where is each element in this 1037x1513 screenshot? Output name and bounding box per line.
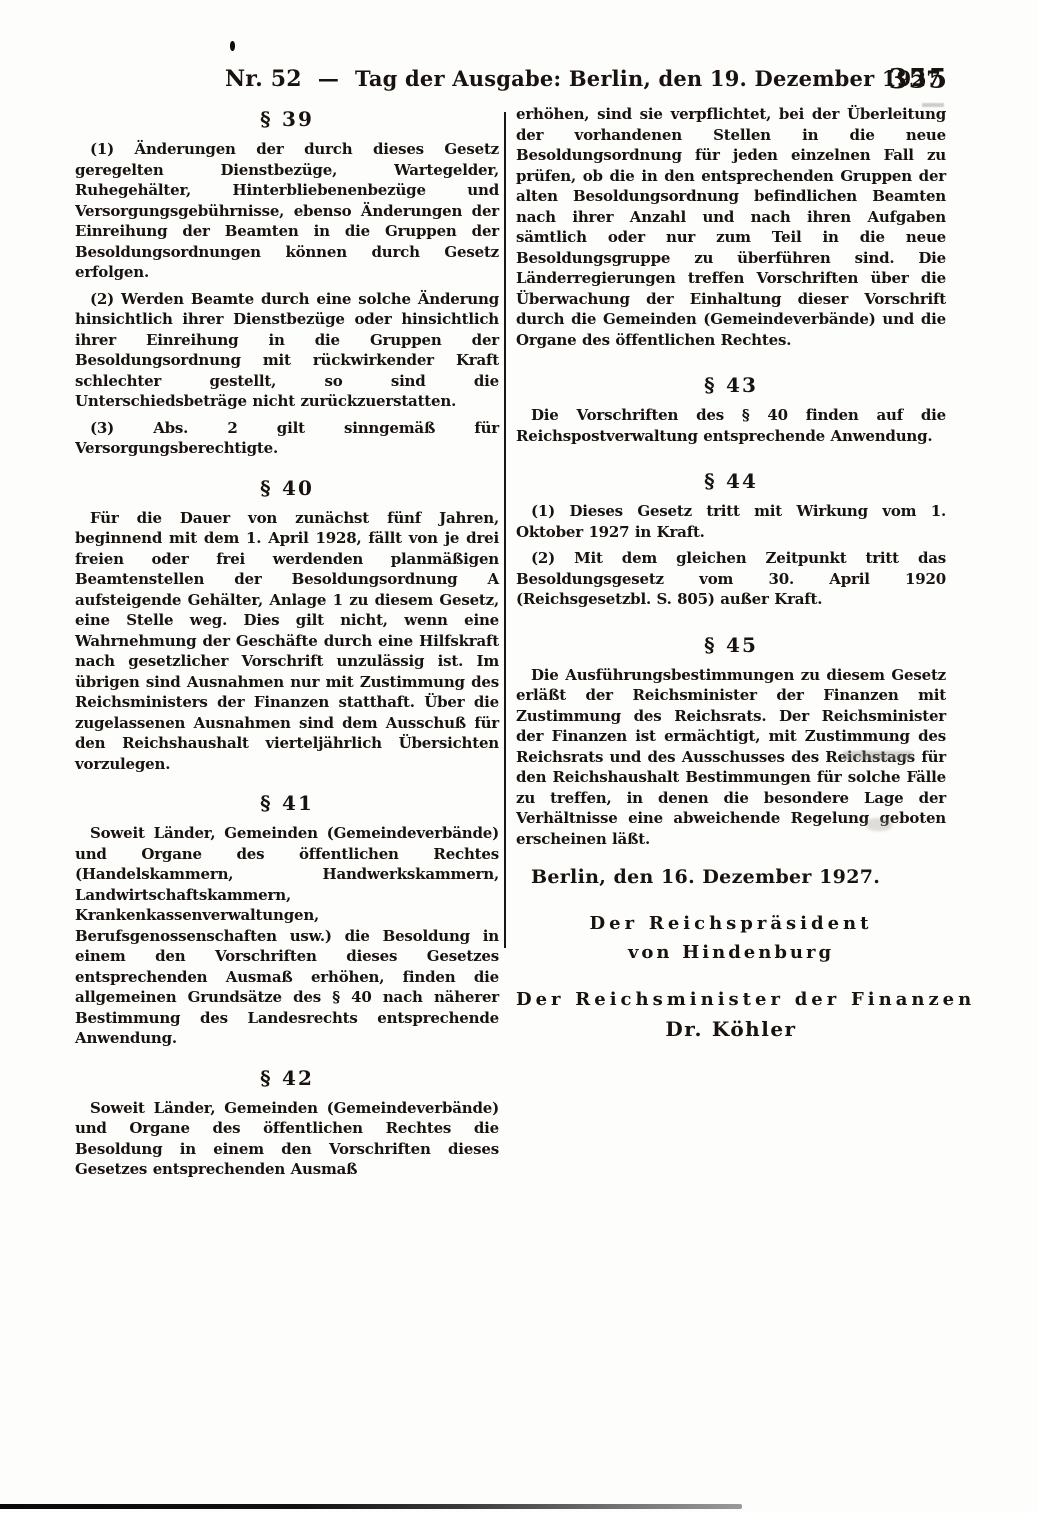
page-number: 355 <box>889 64 948 95</box>
page-header: Nr. 52 — Tag der Ausgabe: Berlin, den 19… <box>225 66 945 92</box>
paragraph-44-1: (1) Dieses Gesetz tritt mit Wirkung vom … <box>516 501 946 542</box>
paragraph-42-continuation: erhöhen, sind sie verpflichtet, bei der … <box>516 104 946 350</box>
paragraph-42-start: Soweit Länder, Gemeinden (Gemeindeverbän… <box>75 1098 499 1180</box>
paragraph-45: Die Ausführungsbestimmungen zu diesem Ge… <box>516 665 946 850</box>
column-divider-rule <box>504 112 506 948</box>
paragraph-39-3: (3) Abs. 2 gilt sinngemäß für Versorgung… <box>75 418 499 459</box>
signature-role-president: Der Reichspräsident <box>516 914 946 935</box>
paragraph-44-2: (2) Mit dem gleichen Zeitpunkt tritt das… <box>516 548 946 610</box>
section-heading-40: § 40 <box>75 477 499 499</box>
section-heading-43: § 43 <box>516 374 946 396</box>
left-column: § 39 (1) Änderungen der durch dieses Ges… <box>75 104 499 1186</box>
scan-artifact-bottom-line <box>0 1504 742 1509</box>
paragraph-43: Die Vorschriften des § 40 finden auf die… <box>516 405 946 446</box>
document-page: Nr. 52 — Tag der Ausgabe: Berlin, den 19… <box>0 0 1037 1513</box>
paragraph-41: Soweit Länder, Gemeinden (Gemeindeverbän… <box>75 823 499 1049</box>
header-title: Tag der Ausgabe: Berlin, den 19. Dezembe… <box>355 66 941 91</box>
section-heading-45: § 45 <box>516 634 946 656</box>
section-heading-42: § 42 <box>75 1067 499 1089</box>
dateline: Berlin, den 16. Dezember 1927. <box>516 867 946 888</box>
signature-name-koehler: Dr. Köhler <box>516 1019 946 1040</box>
header-separator: — <box>318 66 339 91</box>
section-heading-41: § 41 <box>75 792 499 814</box>
right-column: erhöhen, sind sie verpflichtet, bei der … <box>516 104 946 1040</box>
signature-role-finance-minister: Der Reichsminister der Finanzen <box>516 990 946 1011</box>
paragraph-39-1: (1) Änderungen der durch dieses Gesetz g… <box>75 139 499 283</box>
section-heading-39: § 39 <box>75 108 499 130</box>
paragraph-40: Für die Dauer von zunächst fünf Jahren, … <box>75 508 499 775</box>
scan-artifact-ink-speck <box>230 41 235 51</box>
issue-number: Nr. 52 <box>225 66 302 92</box>
signature-name-hindenburg: von Hindenburg <box>516 943 946 964</box>
section-heading-44: § 44 <box>516 470 946 492</box>
paragraph-39-2: (2) Werden Beamte durch eine solche Ände… <box>75 289 499 412</box>
